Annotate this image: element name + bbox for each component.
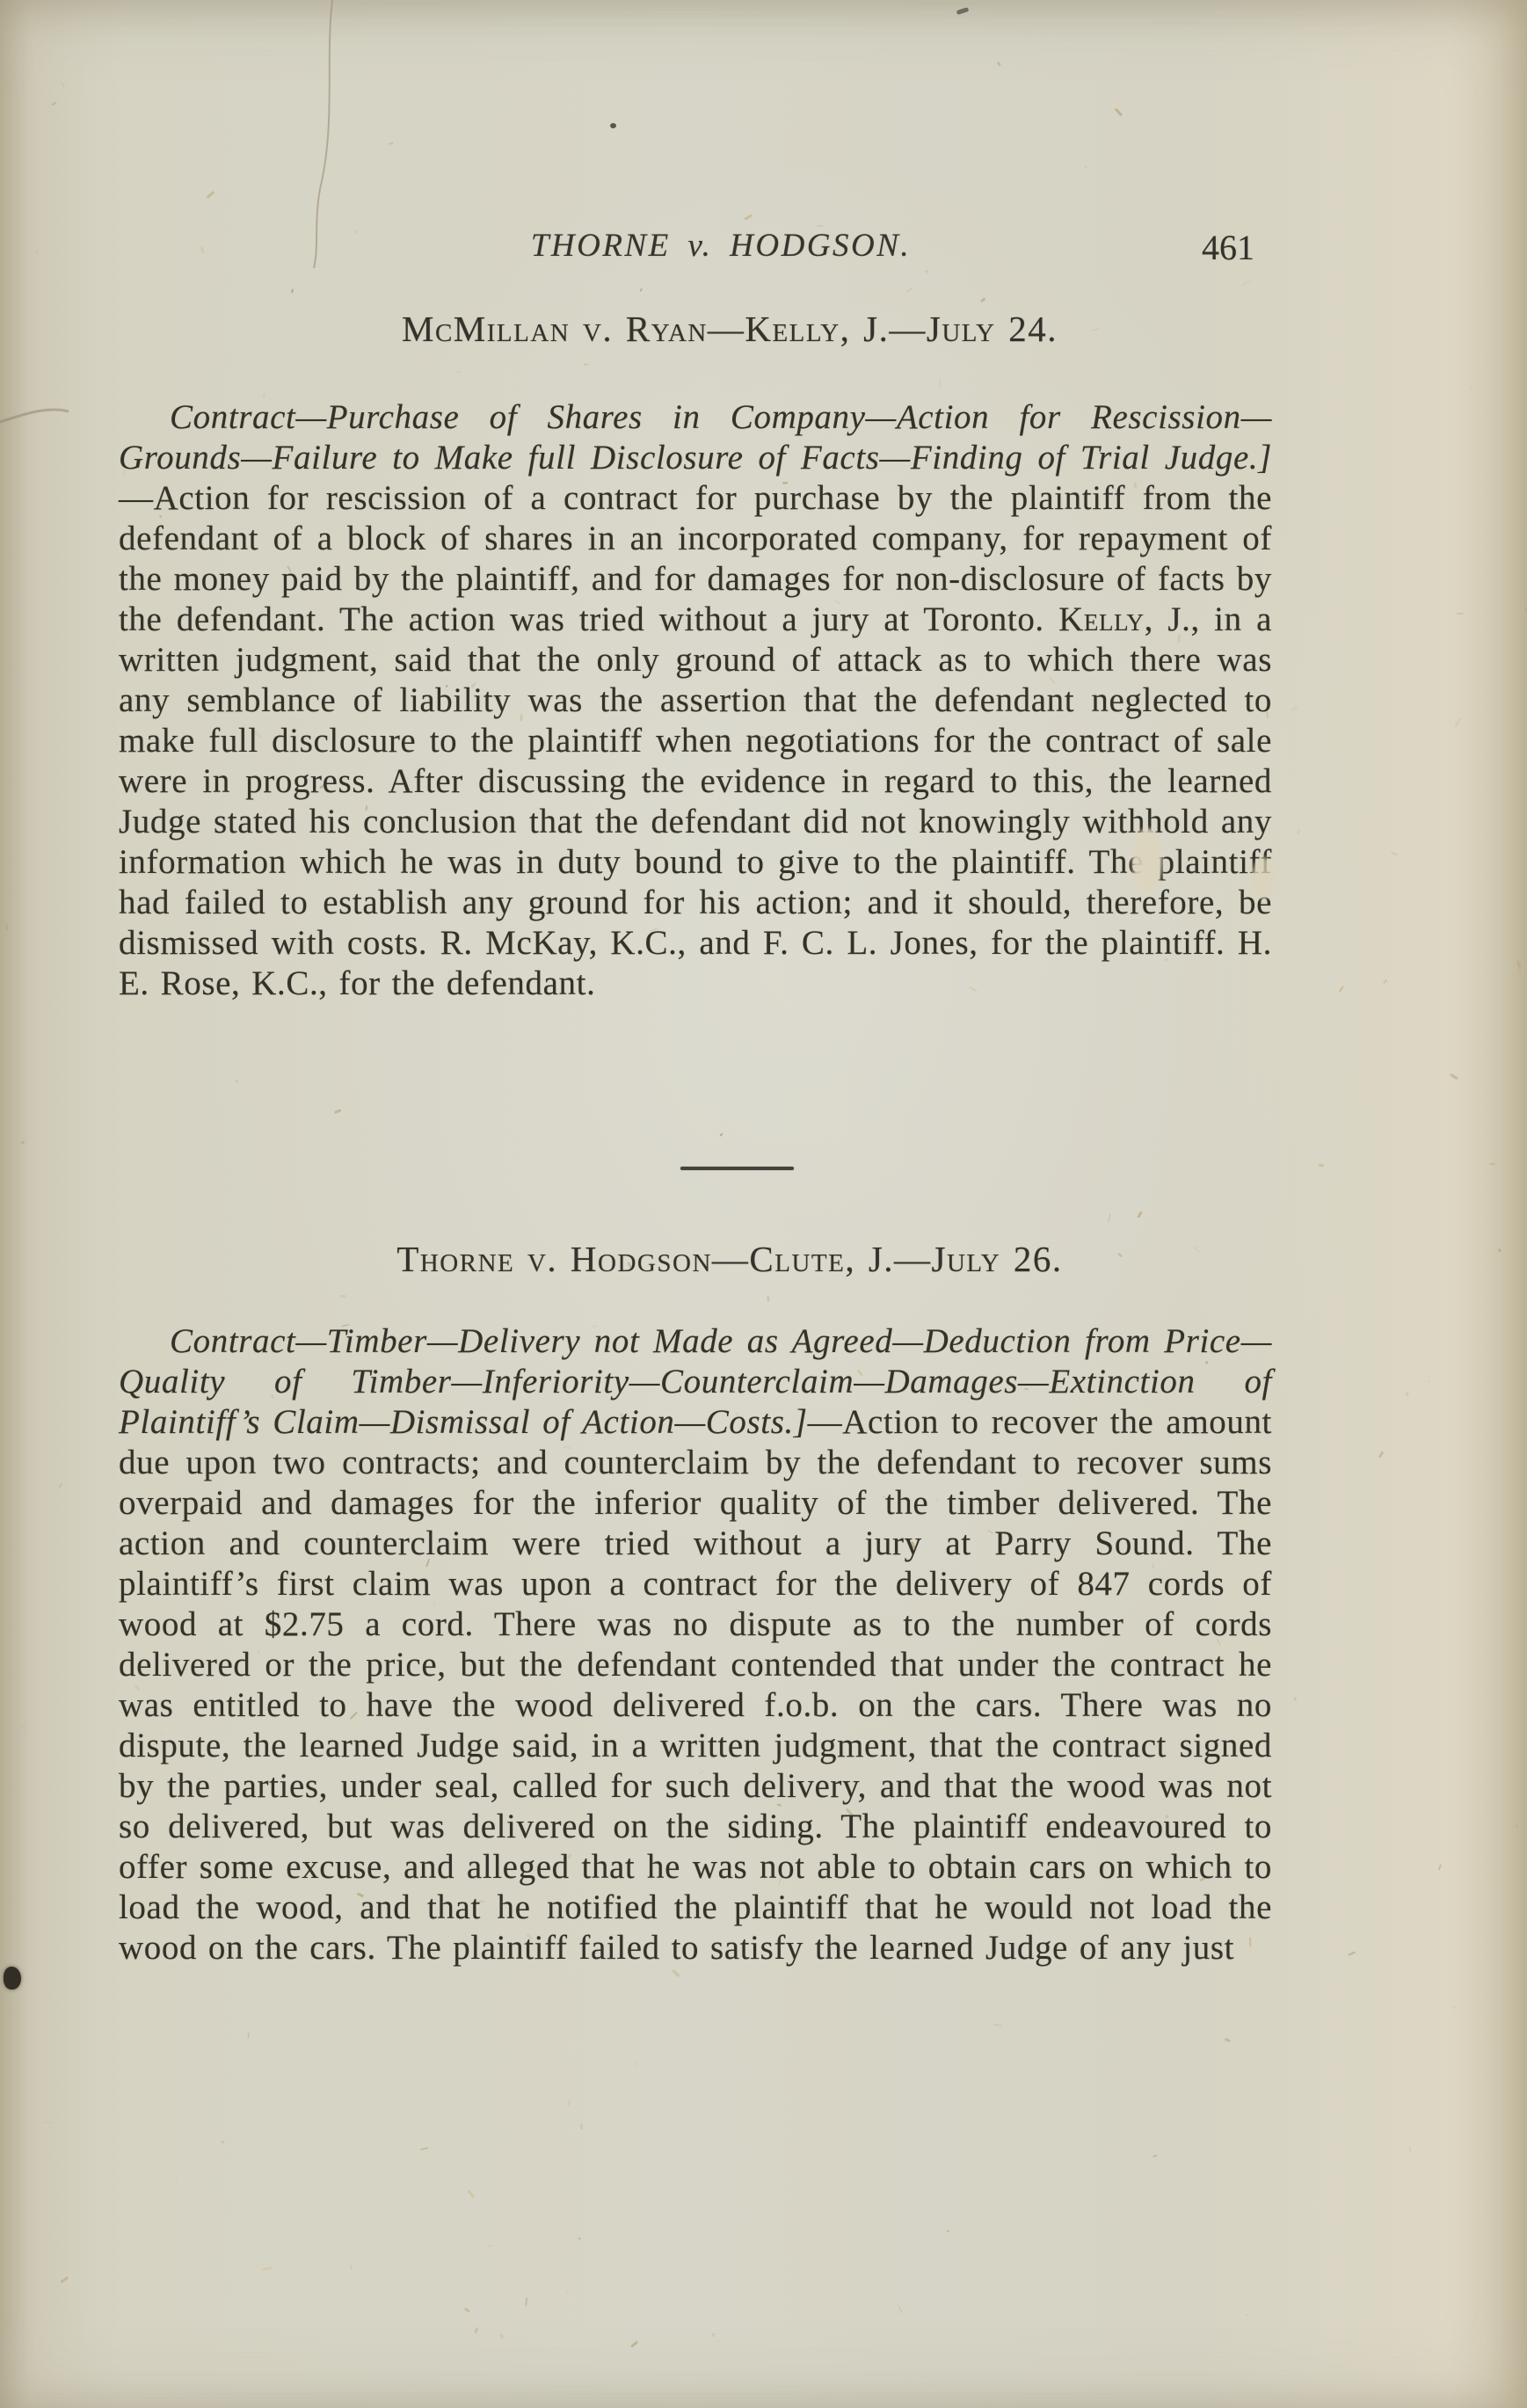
- paper-fiber-speck: [905, 287, 913, 293]
- case-heading: McMillan v. Ryan—Kelly, J.—July 24.: [154, 308, 1305, 350]
- paper-fiber-speck: [1470, 387, 1472, 388]
- paper-fiber-speck: [1348, 1951, 1356, 1956]
- paper-crease: [0, 0, 1527, 2408]
- paper-fiber-speck: [1515, 1824, 1518, 1828]
- paper-fiber-speck: [236, 1080, 238, 1082]
- paper-fiber-speck: [59, 1483, 63, 1488]
- paper-fiber-speck: [1383, 978, 1388, 984]
- paper-speck-dash: [956, 7, 970, 15]
- paper-fiber-speck: [1085, 165, 1087, 168]
- running-head-row: THORNE v. HODGSON. 461: [119, 227, 1270, 265]
- paper-fiber-speck: [1406, 1392, 1409, 1396]
- paper-fiber-speck: [1391, 851, 1398, 855]
- paper-fiber-speck: [814, 2397, 818, 2398]
- case-summary-text: Contract—Timber—Delivery not Made as Agr…: [119, 1321, 1272, 1968]
- paper-fiber-speck: [997, 62, 1001, 66]
- paper-fiber-speck: [21, 1140, 25, 1145]
- paper-fiber-speck: [486, 2245, 492, 2246]
- paper-fiber-speck: [474, 2327, 479, 2334]
- paper-fiber-speck: [61, 82, 65, 88]
- text-segment-italic: Contract—Purchase of Shares in Company—A…: [119, 398, 1272, 477]
- paper-fiber-speck: [568, 2099, 571, 2106]
- paper-fiber-speck: [1437, 1864, 1442, 1871]
- paper-fiber-speck: [1241, 280, 1250, 285]
- text-segment-normal: , J., in a written judgment, said that t…: [119, 600, 1272, 1002]
- paper-fiber-speck: [18, 1723, 27, 1729]
- ink-blot-left-edge: [4, 1967, 21, 1990]
- paper-fiber-speck: [350, 2265, 352, 2271]
- paper-fiber-speck: [334, 1109, 342, 1114]
- paper-fiber-speck: [578, 2237, 581, 2240]
- paper-fiber-speck: [1138, 1211, 1143, 1218]
- paper-fiber-speck: [1498, 1248, 1502, 1253]
- paper-fiber-speck: [206, 191, 215, 199]
- paper-fiber-speck: [639, 288, 643, 293]
- paper-fiber-speck: [1339, 986, 1344, 993]
- book-page-scan: THORNE v. HODGSON. 461 McMillan v. Ryan—…: [0, 0, 1527, 2408]
- paper-fiber-speck: [1115, 108, 1123, 117]
- case-summary-text: Contract—Purchase of Shares in Company—A…: [119, 397, 1272, 1004]
- paper-fiber-speck: [1408, 2147, 1411, 2152]
- paper-fiber-speck: [584, 364, 589, 366]
- paper-fiber-speck: [35, 1124, 39, 1127]
- paper-fiber-speck: [630, 2340, 638, 2347]
- paper-fiber-speck: [291, 288, 294, 293]
- paper-fiber-speck: [993, 2024, 1002, 2026]
- paper-fiber-speck: [248, 2033, 250, 2039]
- paper-fiber-speck: [1499, 2031, 1505, 2033]
- paper-fiber-speck: [1516, 960, 1521, 969]
- paper-fiber-speck: [1153, 2154, 1158, 2157]
- text-segment-smallcaps: Kelly: [1058, 600, 1144, 638]
- paper-fiber-speck: [499, 2333, 504, 2339]
- paper-fiber-speck: [1496, 1886, 1500, 1888]
- paper-fiber-speck: [898, 2305, 903, 2314]
- paper-fiber-speck: [581, 2123, 583, 2129]
- paper-fiber-speck: [1318, 1164, 1324, 1168]
- paper-fiber-speck: [468, 2190, 475, 2198]
- paper-fiber-speck: [895, 1219, 897, 1221]
- section-divider-rule: [680, 1167, 794, 1170]
- paper-fiber-speck: [566, 2291, 569, 2295]
- paper-fiber-speck: [925, 270, 929, 274]
- paper-fiber-speck: [174, 2177, 178, 2180]
- paper-fiber-speck: [1452, 2006, 1456, 2010]
- paper-fiber-speck: [1457, 613, 1465, 615]
- paper-fiber-speck: [980, 297, 986, 302]
- paper-fiber-speck: [36, 251, 38, 254]
- paper-fiber-speck: [947, 2230, 950, 2233]
- paper-fiber-speck: [339, 1295, 346, 1298]
- paper-fiber-speck: [1428, 1379, 1429, 1382]
- paper-fiber-speck: [1450, 1073, 1458, 1080]
- paper-fiber-speck: [1225, 2038, 1231, 2042]
- paper-fiber-speck: [1524, 607, 1526, 611]
- paper-fiber-speck: [720, 1133, 724, 1137]
- paper-fiber-speck: [1454, 717, 1461, 727]
- paper-fiber-speck: [464, 2307, 470, 2312]
- paper-fiber-speck: [1108, 1214, 1110, 1223]
- paper-fiber-speck: [938, 379, 942, 388]
- paper-speck-dot: [610, 123, 616, 128]
- paper-fiber-speck: [526, 2297, 528, 2306]
- paper-texture-specks: [0, 0, 1527, 2408]
- paper-fiber-speck: [1378, 1451, 1385, 1458]
- paper-fiber-speck: [263, 2266, 273, 2271]
- paper-fiber-speck: [1489, 1163, 1495, 1166]
- paper-fiber-speck: [744, 215, 753, 222]
- paper-fiber-speck: [221, 2142, 224, 2143]
- paper-fiber-speck: [767, 1296, 770, 1302]
- paper-fiber-speck: [44, 2121, 51, 2123]
- paper-fiber-speck: [60, 2276, 69, 2283]
- paper-fiber-speck: [1297, 830, 1301, 834]
- paper-fiber-speck: [634, 2061, 636, 2067]
- text-segment-normal: —Action to recover the amount due upon t…: [119, 1403, 1272, 1967]
- running-head-title: THORNE v. HODGSON.: [531, 227, 911, 265]
- case-heading: Thorne v. Hodgson—Clute, J.—July 26.: [154, 1238, 1305, 1280]
- paper-fiber-speck: [5, 924, 7, 930]
- paper-fiber-speck: [672, 1969, 680, 1977]
- paper-fiber-speck: [711, 2332, 716, 2338]
- paper-fiber-speck: [1246, 2313, 1249, 2316]
- paper-fiber-speck: [1291, 705, 1298, 711]
- paper-fiber-speck: [420, 2147, 428, 2150]
- paper-fiber-speck: [389, 142, 394, 145]
- paper-fiber-speck: [1294, 1697, 1297, 1700]
- paper-fiber-speck: [456, 370, 462, 374]
- page-number: 461: [1202, 227, 1254, 268]
- paper-fiber-speck: [52, 101, 56, 105]
